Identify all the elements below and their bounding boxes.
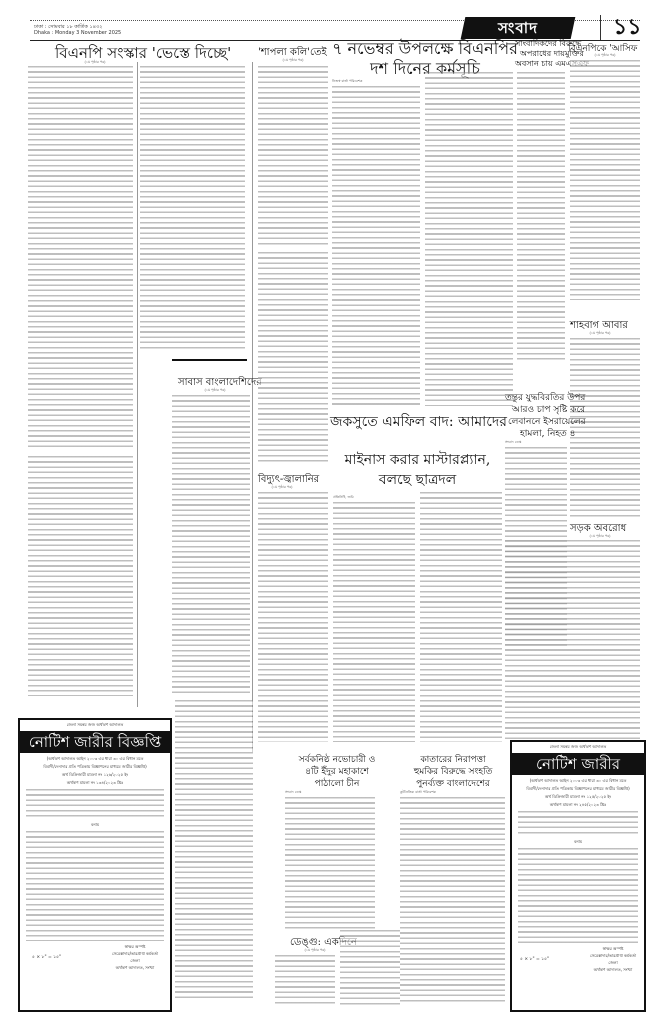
article-body-asif	[570, 60, 640, 300]
article-body-astronaut	[285, 797, 375, 932]
article-body-bnp-reform-col2	[140, 66, 245, 351]
article-body-nov7-col1	[332, 86, 420, 406]
article-body-electricity	[258, 492, 328, 742]
article-body-journalists	[517, 72, 565, 362]
notice-versus: বনাম	[512, 838, 644, 846]
notice-versus: বনাম	[20, 821, 170, 829]
notice-ad-size: ৫ × ৮" = ১৫"	[32, 954, 61, 961]
legal-notice-left: জেলা সমন্বয় জজ অর্থঋণ আদালত নোটিশ জারীর…	[18, 718, 172, 1012]
notice-defendants	[26, 831, 164, 941]
notice-court: জেলা সমন্বয় জজ অর্থঋণ আদালত	[20, 720, 170, 729]
notice-court-name: অর্থঋণ আদালত, সংখ্যা	[112, 964, 158, 971]
legal-notice-right: জেলা সমন্বয় জজ অর্থঋণ আদালত নোটিশ জারীর…	[510, 740, 646, 1012]
article-body-qatar	[400, 797, 505, 1002]
article-body-bangladeshi-cont	[175, 700, 253, 1000]
headline-mphil-line3: বলছে ছাত্রদল	[330, 468, 505, 492]
notice-line1: (অর্থঋণ আদালত আইন ২০০৩ এর ধারা ৩০ এর বিধ…	[20, 755, 170, 763]
jump-shapla: (১ম পৃষ্ঠার পর)	[258, 58, 328, 64]
byline-mphil: প্রতিনিধি, জবি	[333, 495, 354, 501]
jump-electricity: (১ম পৃষ্ঠার পর)	[262, 485, 302, 491]
byline-qatar: কূটনৈতিক বার্তা পরিবেশক	[400, 790, 436, 796]
notice-case-number: অর্থ ডিক্রিজারী মামলা নং ১২৫/২০২৫ ইং	[512, 793, 644, 801]
article-body-mphil-col1	[333, 502, 415, 742]
headline-mphil-line1: জকসুতে এমফিল বাদ: আমাদের	[330, 410, 505, 434]
notice-signature: স্বাক্ষর অস্পষ্ট	[590, 945, 636, 952]
article-body-nov7-col2	[425, 72, 513, 406]
headline-lebanon-line4: হামলা, নিহত ৪	[520, 426, 576, 441]
article-body-road-block	[505, 540, 640, 740]
notice-district: জেলা	[112, 957, 158, 964]
notice-court-name: অর্থঋণ আদালত, সংখ্যা	[590, 966, 636, 973]
notice-case-number: অর্থ ডিক্রিজারী মামলা নং ১২৬/২০২৫ ইং	[20, 771, 170, 779]
dateline-english: Dhaka : Monday 3 November 2025	[34, 30, 121, 36]
notice-district: জেলা	[590, 959, 636, 966]
article-body-shapla	[258, 66, 328, 246]
notice-court: জেলা সমন্বয় জজ অর্থঋণ আদালত	[512, 742, 644, 751]
column-divider	[252, 62, 253, 752]
notice-signatory: সেরেস্তাদার/ভারপ্রাপ্ত কর্মকর্তা	[590, 952, 636, 959]
byline-astronaut: সংবাদ ডেস্ক	[285, 790, 301, 796]
headline-qatar-line3: পুনর্ব্যক্ত বাংলাদেশের	[398, 776, 508, 791]
page-number: ১১	[600, 15, 642, 41]
column-divider	[137, 62, 138, 707]
notice-line2: বিবাদী/দেনাদার প্রতি পত্রিকায় বিজ্ঞাপনে…	[512, 785, 644, 793]
jump-shahbag: (১ম পৃষ্ঠার পর)	[580, 331, 620, 337]
notice-loan-case: অর্থঋণ মামলা নং ১৩৪/২০২৩ খ্রিঃ	[20, 779, 170, 787]
notice-signature: স্বাক্ষর অস্পষ্ট	[112, 943, 158, 950]
notice-signatory: সেরেস্তাদার/ভারপ্রাপ্ত কর্মকর্তা	[112, 950, 158, 957]
jump-asif: (১ম পৃষ্ঠার পর)	[575, 53, 635, 59]
notice-defendants	[518, 848, 638, 943]
byline-lebanon: সংবাদ ডেস্ক	[505, 440, 521, 446]
jump-bangladeshi: (১ম পৃষ্ঠার পর)	[195, 388, 235, 394]
dateline: ঢাকা : সোমবার ১৮ কার্তিক ১৪৩২ Dhaka : Mo…	[34, 24, 121, 36]
headline-astronaut-line3: পাঠালো চীন	[282, 776, 392, 791]
article-body-mphil-col2	[420, 492, 502, 742]
article-body-bnp-reform-col1	[28, 66, 133, 451]
notice-loan-case: অর্থঋণ মামলা নং ২৪৫/২০২৩ খ্রিঃ	[512, 801, 644, 809]
article-body-dengue	[275, 955, 335, 1005]
byline-nov7: নিজস্ব বার্তা পরিবেশক	[332, 79, 362, 85]
article-body-electricity-upper	[258, 252, 328, 462]
notice-title: নোটিশ জারীর বিজ্ঞপ্তি	[20, 731, 170, 753]
notice-body	[518, 811, 638, 836]
article-body-dengue-col2	[340, 930, 400, 1005]
notice-title: নোটিশ জারীর বিজ্ঞপ্তি	[512, 753, 644, 775]
article-body-bnp-reform-col1b	[28, 456, 133, 696]
notice-body	[26, 789, 164, 819]
section-rule	[172, 359, 247, 361]
jump-dengue: (১ম পৃষ্ঠার পর)	[295, 948, 335, 954]
notice-ad-size: ৫ × ৮" = ১৫"	[520, 956, 549, 963]
article-body-bangladeshi	[172, 395, 250, 695]
notice-line2: বিবাদী/দেনাদার প্রতি পত্রিকায় বিজ্ঞাপনে…	[20, 763, 170, 771]
notice-line1: (অর্থঋণ আদালত আইন ২০০৩ এর ধারা ৩০ এর বিধ…	[512, 777, 644, 785]
